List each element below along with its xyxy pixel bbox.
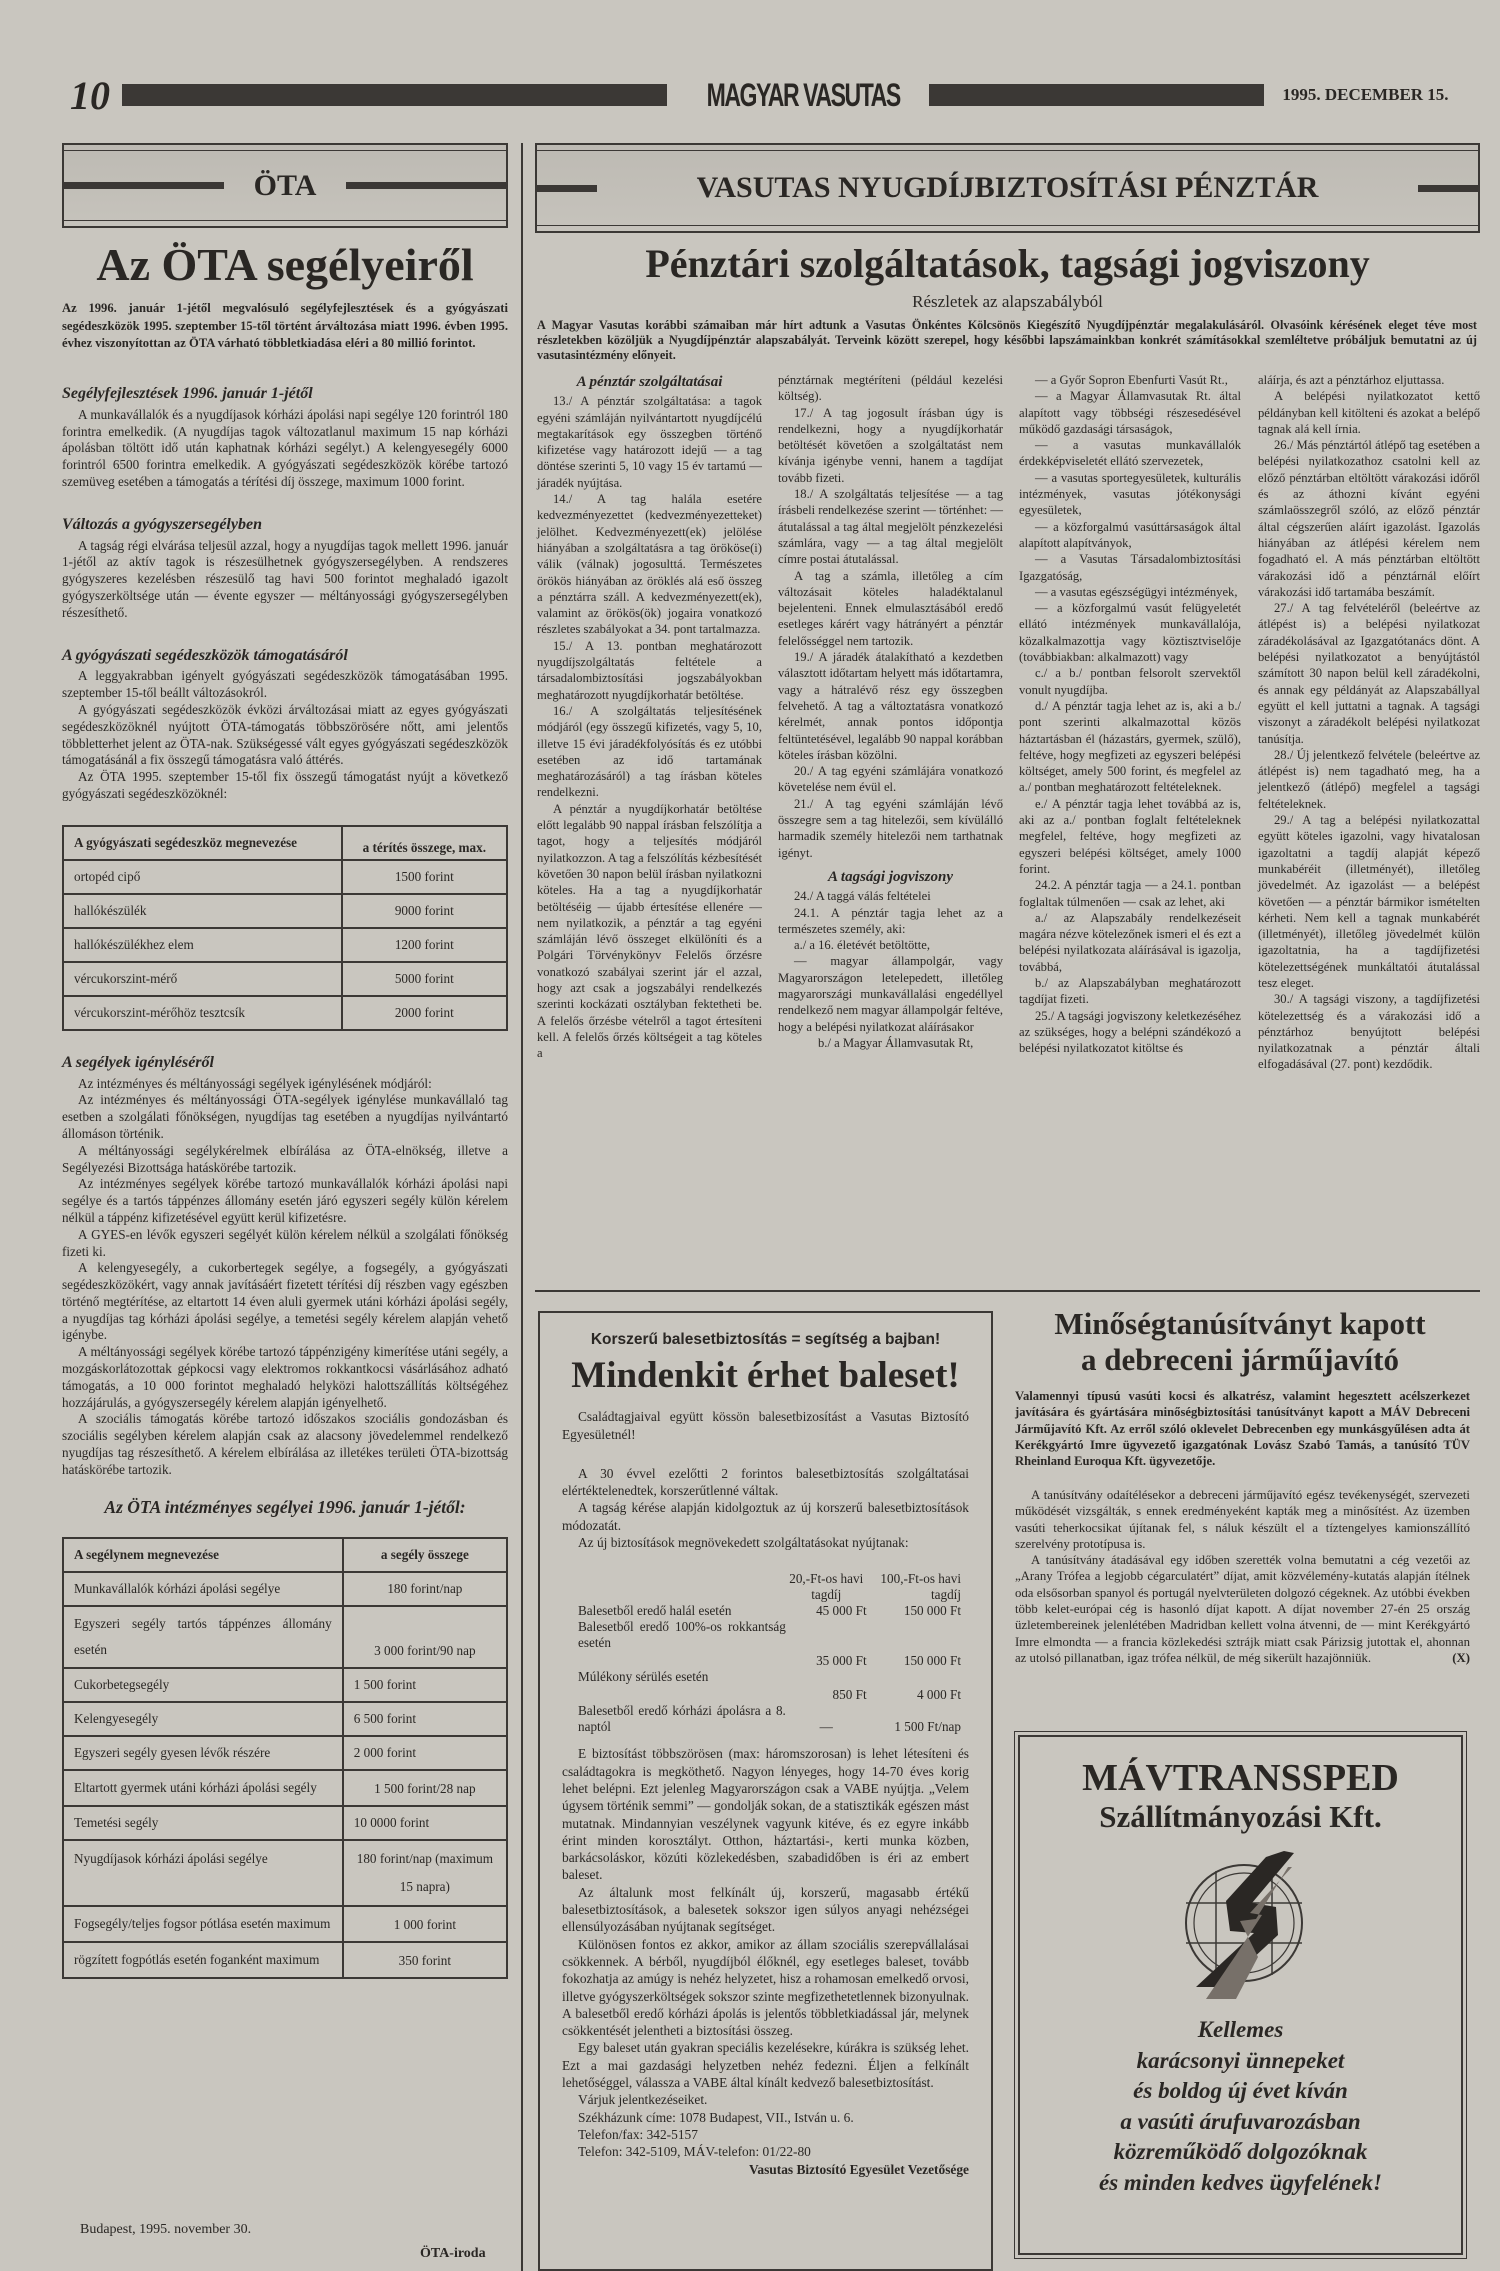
table-row: Egyszeri segély gyesen lévők részére2 00… — [63, 1736, 507, 1770]
vnp-paragraph: a./ a 16. életévét betöltötte, — [778, 937, 1003, 953]
ota-subhead-1: Segélyfejlesztések 1996. január 1-jétől — [62, 386, 508, 403]
ota-lead: Az 1996. január 1-jétől megvalósuló segé… — [62, 300, 508, 353]
vnp-paragraph: b./ a Magyar Államvasutak Rt, — [778, 1035, 1003, 1051]
table-row: Balesetből eredő halál esetén45 000 Ft15… — [562, 1603, 969, 1619]
table-row: Balesetből eredő kórházi ápolásra a 8. n… — [562, 1703, 969, 1735]
ad-intro: Családtagjaival együtt kössön balesetbiz… — [562, 1408, 969, 1443]
vnp-column-4: aláírja, és azt a pénztárhoz eljuttassa.… — [1258, 372, 1480, 1073]
masthead-rule-left — [122, 84, 667, 106]
ota-paragraph: Az intézményes és méltányossági segélyek… — [62, 1076, 508, 1093]
vnp-paragraph: 27./ A tag felvételéről (beleértve az át… — [1258, 600, 1480, 747]
ota-paragraph: Az intézményes segélyek körébe tartozó m… — [62, 1176, 508, 1226]
company-name: MÁVTRANSSPED — [1020, 1757, 1461, 1799]
ad-signature: Vasutas Biztosító Egyesület Vezetősége — [562, 2161, 969, 2178]
debrecen-paragraph: A tanúsítvány átadásával egy időben szer… — [1015, 1552, 1470, 1666]
ota-paragraph: A munkavállalók és a nyugdíjasok kórházi… — [62, 407, 508, 491]
vnp-col2-heading: A tagsági jogviszony — [778, 869, 1003, 885]
company-subtitle: Szállítmányozási Kft. — [1020, 1799, 1461, 1835]
ota-subhead-3: A gyógyászati segédeszközök támogatásáró… — [62, 648, 508, 665]
vnp-column-2: pénztárnak megtéríteni (például kezelési… — [778, 372, 1003, 1051]
vnp-paragraph: 24.1. A pénztár tagja lehet az a termész… — [778, 905, 1003, 938]
ota-paragraph: A gyógyászati segédeszközök évközi árvál… — [62, 702, 508, 769]
ota-paragraph: A tagság régi elvárása teljesül azzal, h… — [62, 538, 508, 622]
debrecen-paragraph: A tanúsítvány odaítélésekor a debreceni … — [1015, 1487, 1470, 1552]
table-row: vércukorszint-mérő5000 forint — [63, 962, 507, 996]
vnp-paragraph: — a Győr Sopron Ebenfurti Vasút Rt., — [1019, 372, 1241, 388]
ota-paragraph: A kelengyesegély, a cukorbertegek segély… — [62, 1260, 508, 1344]
ota-paragraph: A szociális támogatás körébe tartozó idő… — [62, 1411, 508, 1478]
medical-aids-table: A gyógyászati segédeszköz megnevezése a … — [62, 825, 508, 1031]
table-row: Egyszeri segély tartós táppénzes állomán… — [63, 1606, 507, 1668]
ota-dateline: Budapest, 1995. november 30. — [80, 2222, 251, 2238]
vnp-paragraph: 24.2. A pénztár tagja — a 24.1. pontban … — [1019, 877, 1241, 910]
ad-paragraph: A 30 évvel ezelőtti 2 forintos balesetbi… — [562, 1465, 969, 1500]
table-row: rögzített fogpótlás esetén foganként max… — [63, 1942, 507, 1978]
vnp-paragraph: A tag a számla, illetőleg a cím változás… — [778, 568, 1003, 649]
vnp-paragraph: 30./ A tagsági viszony, a tagdíjfizetési… — [1258, 991, 1480, 1072]
vnp-paragraph: 14./ A tag halála esetére kedvezményezet… — [537, 491, 762, 638]
vnp-paragraph: 24./ A taggá válás feltételei — [778, 888, 1003, 904]
ota-headline: Az ÖTA segélyeiről — [62, 238, 508, 291]
table-row: vércukorszint-mérőhöz tesztcsík2000 fori… — [63, 996, 507, 1030]
vnp-paragraph: 16./ A szolgáltatás teljesítésének módjá… — [537, 703, 762, 801]
vnp-paragraph: 15./ A 13. pontban meghatározott nyugdíj… — [537, 638, 762, 703]
ad-contact-invite: Várjuk jelentkezéseiket. — [578, 2091, 969, 2108]
ota-body: Segélyfejlesztések 1996. január 1-jétől … — [62, 372, 508, 1979]
debrecen-headline: Minőségtanúsítványt kapott a debreceni j… — [1010, 1306, 1470, 1378]
ota-paragraph: A méltányossági segélykérelmek elbírálás… — [62, 1143, 508, 1177]
vnp-paragraph: 28./ Új jelentkező felvétele (beleértve … — [1258, 747, 1480, 812]
ota-paragraph: A leggyakrabban igényelt gyógyászati seg… — [62, 668, 508, 702]
page-number: 10 — [70, 72, 122, 119]
vnp-paragraph: — a közforgalmú vasút felügyeletét ellát… — [1019, 600, 1241, 665]
table-row: Temetési segély10 0000 forint — [63, 1806, 507, 1840]
table-row: Cukorbetegsegély1 500 forint — [63, 1668, 507, 1702]
table-row: Nyugdíjasok kórházi ápolási segélye180 f… — [63, 1840, 507, 1906]
greeting: Kellemes karácsonyi ünnepeket és boldog … — [1020, 2015, 1461, 2198]
table-row: ortopéd cipő1500 forint — [63, 860, 507, 894]
ad-kicker: Korszerű balesetbiztosítás = segítség a … — [562, 1331, 969, 1348]
vnp-paragraph: — a vasutas munkavállalók érdekképvisele… — [1019, 437, 1241, 470]
benefits-table: A segélynem megnevezése a segély összege… — [62, 1537, 508, 1979]
ad-paragraph: E biztosítást többszörösen (max: háromsz… — [562, 1745, 969, 1883]
ad-paragraph: Egy baleset után gyakran speciális kezel… — [562, 2039, 969, 2091]
ad-contact-fax: Telefon/fax: 342-5157 — [578, 2126, 969, 2143]
vnp-paragraph: 13./ A pénztár szolgáltatása: a tagok eg… — [537, 393, 762, 491]
vnp-column-3: — a Győr Sopron Ebenfurti Vasút Rt., — a… — [1019, 372, 1241, 1056]
vnp-paragraph: pénztárnak megtéríteni (például kezelési… — [778, 372, 1003, 405]
vnp-paragraph: 20./ A tag egyéni számlájára vonatkozó k… — [778, 763, 1003, 796]
ota-paragraph: Az ÖTA 1995. szeptember 15-től fix össze… — [62, 769, 508, 803]
ota-paragraph: A méltányossági segélyek körébe tartozó … — [62, 1344, 508, 1411]
newspaper-title: MAGYAR VASUTAS — [707, 77, 900, 114]
vnp-paragraph: aláírja, és azt a pénztárhoz eljuttassa. — [1258, 372, 1480, 388]
vnp-paragraph: A pénztár a nyugdíjkorhatár betöltése el… — [537, 801, 762, 1062]
vnp-paragraph: — a vasutas sportegyesületek, kulturális… — [1019, 470, 1241, 519]
vnp-subtitle: Részletek az alapszabályból — [535, 292, 1480, 312]
table-header-row: A gyógyászati segédeszköz megnevezése a … — [63, 826, 507, 860]
vnp-column-1: A pénztár szolgáltatásai 13./ A pénztár … — [537, 372, 762, 1061]
ad-paragraph: Az új biztosítások megnövekedett szolgál… — [562, 1534, 969, 1551]
vnp-paragraph: — a vasutas egészségügyi intézmények, — [1019, 584, 1241, 600]
masthead: 10 MAGYAR VASUTAS 1995. DECEMBER 15. — [70, 70, 1470, 120]
table-header-row: A segélynem megnevezése a segély összege — [63, 1538, 507, 1572]
ad-paragraph: A tagság kérése alapján kidolgoztuk az ú… — [562, 1499, 969, 1534]
vnp-paragraph: 17./ A tag jogosult írásban úgy is rende… — [778, 405, 1003, 486]
vnp-section-banner: VASUTAS NYUGDÍJBIZTOSÍTÁSI PÉNZTÁR — [535, 143, 1480, 233]
ota-section-banner: ÖTA — [62, 143, 508, 228]
table-row: Balesetből eredő 100%-os rokkantság eset… — [562, 1619, 969, 1669]
table-row: Kelengyesegély6 500 forint — [63, 1702, 507, 1736]
mavtranssped-logo-icon — [1166, 1851, 1316, 2001]
table-header-row: 20,-Ft-os havi tagdíj 100,-Ft-os havi ta… — [562, 1571, 969, 1603]
table-row: hallókészülék9000 forint — [63, 894, 507, 928]
masthead-rule-right — [929, 84, 1264, 106]
vnp-paragraph: b./ az Alapszabályban meghatározott tagd… — [1019, 975, 1241, 1008]
column-divider — [521, 143, 523, 2271]
table-row: Munkavállalók kórházi ápolási segélye180… — [63, 1572, 507, 1606]
mavtranssped-ad: MÁVTRANSSPED Szállítmányozási Kft. Kelle… — [1018, 1735, 1463, 2255]
vnp-paragraph: A belépési nyilatkozatot kettő példányba… — [1258, 388, 1480, 437]
ad-contact: Várjuk jelentkezéseiket. Székházunk címe… — [562, 2091, 969, 2160]
ad-contact-phone: Telefon: 342-5109, MÁV-telefon: 01/22-80 — [578, 2143, 969, 2160]
debrecen-body: A tanúsítvány odaítélésekor a debreceni … — [1015, 1487, 1470, 1667]
vnp-paragraph: 21./ A tag egyéni számláján lévő összegr… — [778, 796, 1003, 861]
issue-date: 1995. DECEMBER 15. — [1282, 85, 1448, 105]
ota-paragraph: A GYES-en lévők egyszeri segélyét külön … — [62, 1227, 508, 1261]
ad-paragraph: Az általunk most felkínált új, korszerű,… — [562, 1884, 969, 1936]
vnp-headline: Pénztári szolgáltatások, tagsági jogvisz… — [535, 240, 1480, 287]
vnp-paragraph: 25./ A tagsági jogviszony keletkezéséhez… — [1019, 1008, 1241, 1057]
claims-subhead: A segélyek igényléséről — [62, 1055, 508, 1072]
table-row: Múlékony sérülés esetén850 Ft4 000 Ft — [562, 1669, 969, 1703]
benefits-heading: Az ÖTA intézményes segélyei 1996. január… — [62, 1499, 508, 1516]
vnp-paragraph: a./ az Alapszabály rendelkezéseit magára… — [1019, 910, 1241, 975]
ad-paragraph: Különösen fontos ez akkor, amikor az áll… — [562, 1936, 969, 2040]
vnp-paragraph: d./ A pénztár tagja lehet az is, aki a b… — [1019, 698, 1241, 796]
ad-contact-address: Székházunk címe: 1078 Budapest, VII., Is… — [578, 2109, 969, 2126]
vnp-col1-heading: A pénztár szolgáltatásai — [537, 374, 762, 390]
ad-headline: Mindenkit érhet baleset! — [562, 1354, 969, 1398]
section-divider — [535, 1290, 1480, 1292]
table-row: Fogsegély/teljes fogsor pótlása esetén m… — [63, 1906, 507, 1942]
vnp-paragraph: 29./ A tag a belépési nyilatkozattal egy… — [1258, 812, 1480, 991]
vnp-paragraph: — a Magyar Államvasutak Rt. által alapít… — [1019, 388, 1241, 437]
vnp-paragraph: c./ a b./ pontban felsorolt szervektől v… — [1019, 665, 1241, 698]
vnp-paragraph: 18./ A szolgáltatás teljesítése — a tag … — [778, 486, 1003, 567]
accident-insurance-ad: Korszerű balesetbiztosítás = segítség a … — [538, 1311, 993, 2271]
insurance-benefits-table: 20,-Ft-os havi tagdíj 100,-Ft-os havi ta… — [562, 1571, 969, 1735]
vnp-paragraph: — magyar állampolgár, vagy Magyarországo… — [778, 953, 1003, 1034]
table-row: hallókészülékhez elem1200 forint — [63, 928, 507, 962]
ota-signature: ÖTA-iroda — [420, 2246, 486, 2262]
vnp-lead: A Magyar Vasutas korábbi számaiban már h… — [537, 318, 1477, 363]
debrecen-lead: Valamennyi típusú vasúti kocsi és alkatr… — [1015, 1388, 1470, 1469]
vnp-paragraph: e./ A pénztár tagja lehet továbbá az is,… — [1019, 796, 1241, 877]
vnp-paragraph: — a közforgalmú vasúttársaságok által al… — [1019, 519, 1241, 552]
ota-subhead-2: Változás a gyógyszersegélyben — [62, 517, 508, 534]
table-row: Eltartott gyermek utáni kórházi ápolási … — [63, 1770, 507, 1806]
vnp-paragraph: 26./ Más pénztártól átlépő tag esetében … — [1258, 437, 1480, 600]
vnp-paragraph: — a Vasutas Társadalombiztosítási Igazga… — [1019, 551, 1241, 584]
vnp-paragraph: 19./ A járadék átalakítható a kezdetben … — [778, 649, 1003, 763]
ota-paragraph: Az intézményes és méltányossági ÖTA-segé… — [62, 1092, 508, 1142]
